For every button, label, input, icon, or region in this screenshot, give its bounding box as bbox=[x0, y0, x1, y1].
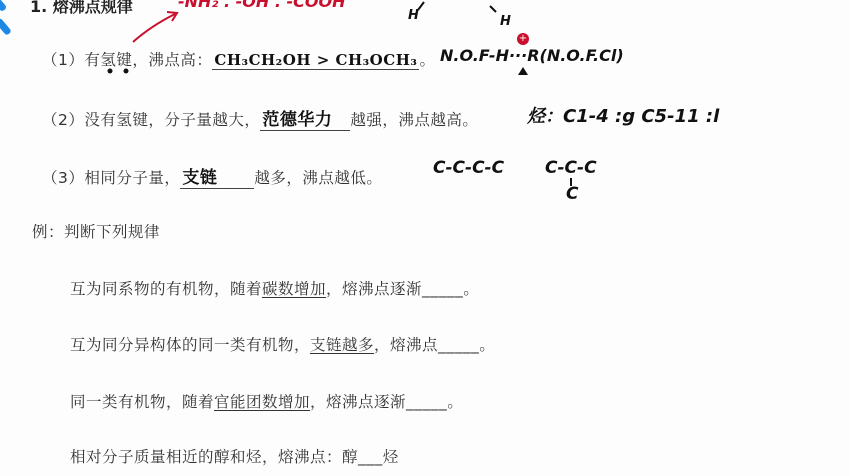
rule-1-handwritten: CH₃CH₂OH > CH₃OCH₃ bbox=[212, 51, 419, 70]
example-1-pre: 互为同系物的有机物，随着 bbox=[70, 280, 262, 298]
rule-3-after: 越多，沸点越低。 bbox=[254, 169, 382, 187]
app-logo-icon bbox=[0, 0, 22, 36]
example-2-post: ，熔沸点 bbox=[374, 336, 438, 354]
example-2-end: 。 bbox=[479, 336, 495, 354]
example-3-post: ，熔沸点逐渐 bbox=[310, 393, 406, 411]
red-arrow-icon bbox=[125, 8, 185, 46]
example-3-end: 。 bbox=[447, 393, 463, 411]
example-item-1: 互为同系物的有机物，随着碳数增加，熔沸点逐渐_____。 bbox=[70, 277, 479, 299]
hydrocarbon-state-note: 烃：C1-4 :g C5-11 :l bbox=[527, 102, 719, 128]
rule-2-after: 越强，沸点越高。 bbox=[350, 111, 478, 129]
branch-carbon: C bbox=[566, 184, 578, 204]
emphasis-dots-icon bbox=[100, 66, 140, 76]
rule-3: （3）相同分子量，支链越多，沸点越低。 bbox=[42, 163, 382, 189]
rule-1-suffix: 。 bbox=[419, 51, 435, 69]
hydrogen-bond-note: N.O.F-H···R(N.O.F.Cl) bbox=[440, 46, 624, 65]
example-item-2: 互为同分异构体的同一类有机物，支链越多，熔沸点_____。 bbox=[70, 333, 495, 355]
example-1-end: 。 bbox=[463, 280, 479, 298]
example-3-underlined: 官能团数增加 bbox=[214, 393, 310, 411]
example-1-post: ，熔沸点逐渐 bbox=[326, 280, 422, 298]
branched-chain-structure: C-C-C bbox=[545, 158, 597, 178]
rule-2-text: 没有氢键，分子量越大， bbox=[84, 111, 260, 129]
example-4-pre: 相对分子质量相近的醇和烃，熔沸点：醇 bbox=[70, 448, 358, 466]
delta-icon bbox=[517, 66, 529, 76]
example-1-blank[interactable]: _____ bbox=[422, 280, 463, 298]
example-4-blank[interactable]: ___ bbox=[358, 448, 383, 466]
example-2-blank[interactable]: _____ bbox=[438, 336, 479, 354]
bond-lines-icon bbox=[410, 0, 520, 20]
section-title: 1. 熔沸点规律 bbox=[30, 0, 133, 17]
example-1-underlined: 碳数增加 bbox=[262, 280, 326, 298]
straight-chain-structure: C-C-C-C bbox=[433, 158, 504, 178]
rule-2-number: （2） bbox=[42, 111, 84, 129]
positive-charge-mark: + bbox=[517, 33, 529, 45]
rule-3-number: （3） bbox=[42, 169, 84, 187]
example-4-end: 烃 bbox=[383, 448, 399, 466]
rule-3-text: 相同分子量， bbox=[84, 169, 180, 187]
rule-1-number: （1） bbox=[42, 51, 84, 69]
example-3-pre: 同一类有机物，随着 bbox=[70, 393, 214, 411]
rule-2-handwritten: 范德华力 bbox=[260, 105, 350, 131]
example-label: 例：判断下列规律 bbox=[32, 220, 160, 242]
example-item-3: 同一类有机物，随着官能团数增加，熔沸点逐渐_____。 bbox=[70, 390, 463, 412]
example-3-blank[interactable]: _____ bbox=[406, 393, 447, 411]
rule-2: （2）没有氢键，分子量越大，范德华力越强，沸点越高。 bbox=[42, 105, 478, 131]
example-item-4: 相对分子质量相近的醇和烃，熔沸点：醇___烃 bbox=[70, 445, 399, 467]
functional-groups-annotation: -NH₂ . -OH . -COOH bbox=[178, 0, 345, 11]
example-2-pre: 互为同分异构体的同一类有机物， bbox=[70, 336, 310, 354]
example-2-underlined: 支链越多 bbox=[310, 336, 374, 354]
rule-3-handwritten: 支链 bbox=[180, 163, 254, 189]
